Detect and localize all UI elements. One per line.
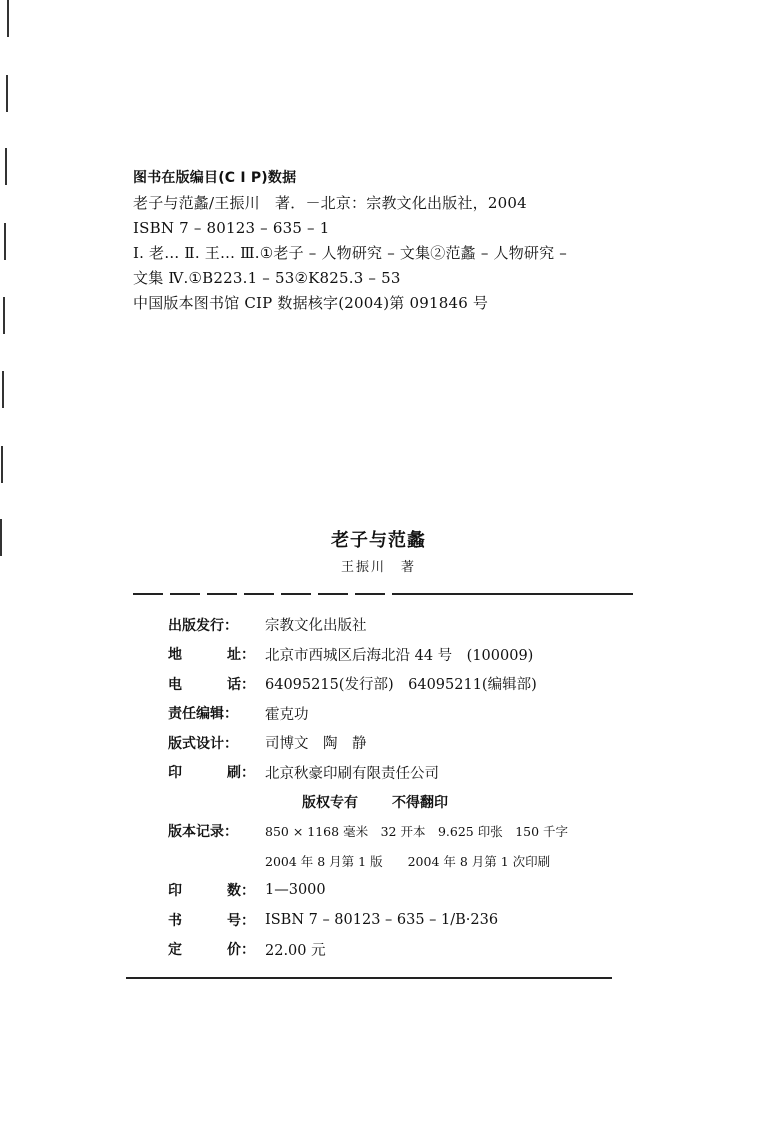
spec-row-isbn: 书号： ISBN 7 – 80123 – 635 – 1/B·236 [168, 905, 648, 935]
cip-line-classification: 文集 Ⅳ.①B223.1 – 53②K825.3 – 53 [133, 266, 663, 291]
spec-label-text: 号： [227, 910, 255, 930]
spec-label: 印刷： [168, 762, 265, 782]
divider-bottom [126, 977, 612, 979]
spec-label-text: 出版发行 [168, 615, 224, 635]
publication-specs: 出版发行： 宗教文化出版社 地址： 北京市西城区后海北沿 44 号 (10000… [168, 610, 648, 964]
copyright-notice: 版权专有 不得翻印 [168, 787, 648, 817]
spec-label-text: 责任编辑 [168, 703, 224, 723]
scan-edge-mark [3, 297, 5, 334]
spec-row-print-run: 印数： 1—3000 [168, 876, 648, 906]
cip-line-subjects: Ⅰ. 老… Ⅱ. 王… Ⅲ.①老子 – 人物研究 – 文集②范蠡 – 人物研究 … [133, 241, 663, 266]
scan-edge-mark [6, 75, 8, 112]
cip-data-block: 图书在版编目(C I P)数据 老子与范蠡/王振川 著．－北京：宗教文化出版社，… [133, 166, 663, 316]
spec-row-edition-dates: 2004 年 8 月第 1 版 2004 年 8 月第 1 次印刷 [168, 846, 648, 876]
spec-value-publisher: 宗教文化出版社 [265, 614, 648, 635]
spec-value-edition-dates: 2004 年 8 月第 1 版 2004 年 8 月第 1 次印刷 [265, 852, 648, 870]
cip-title: 图书在版编目(C I P)数据 [133, 166, 663, 191]
scan-edge-mark [2, 371, 4, 408]
spec-row-publisher: 出版发行： 宗教文化出版社 [168, 610, 648, 640]
spec-value-format: 850 × 1168 毫米 32 开本 9.625 印张 150 千字 [265, 822, 648, 840]
scan-edge-mark [5, 148, 7, 185]
spec-label: 出版发行： [168, 615, 265, 635]
scan-edge-mark [7, 0, 9, 37]
spec-label-text: 书 [168, 910, 182, 930]
spec-value-phone: 64095215(发行部) 64095211(编辑部) [265, 673, 648, 694]
cip-line-record-number: 中国版本图书馆 CIP 数据核字(2004)第 091846 号 [133, 291, 663, 316]
spec-value-address: 北京市西城区后海北沿 44 号 (100009) [265, 644, 648, 665]
spec-label: 责任编辑： [168, 703, 265, 723]
spec-row-address: 地址： 北京市西城区后海北沿 44 号 (100009) [168, 640, 648, 670]
spec-label: 电话： [168, 674, 265, 694]
spec-row-printer: 印刷： 北京秋豪印刷有限责任公司 [168, 758, 648, 788]
spec-label-text: 电 [168, 674, 182, 694]
spec-label-text: 印 [168, 762, 182, 782]
spec-label-text: 地 [168, 644, 182, 664]
spec-label-text: 话： [227, 674, 255, 694]
spec-label-text: 价： [227, 939, 255, 959]
scan-edge-mark [1, 446, 3, 483]
book-title: 老子与范蠡 [0, 526, 757, 552]
spec-label: 定价： [168, 939, 265, 959]
spec-label-text: 刷： [227, 762, 255, 782]
spec-label-colon: ： [224, 615, 238, 635]
spec-value-price: 22.00 元 [265, 939, 648, 960]
cip-line-title-author: 老子与范蠡/王振川 著．－北京：宗教文化出版社，2004 [133, 191, 663, 216]
spec-label: 地址： [168, 644, 265, 664]
spec-label-text: 址： [227, 644, 255, 664]
spec-label-text: 版式设计 [168, 733, 224, 753]
spec-value-printer: 北京秋豪印刷有限责任公司 [265, 762, 648, 783]
spec-row-price: 定价： 22.00 元 [168, 935, 648, 965]
spec-value-designer: 司博文 陶 静 [265, 732, 648, 753]
spec-row-phone: 电话： 64095215(发行部) 64095211(编辑部) [168, 669, 648, 699]
spec-label-text: 印 [168, 880, 182, 900]
spec-label-text: 版本记录 [168, 821, 224, 841]
spec-row-designer: 版式设计： 司博文 陶 静 [168, 728, 648, 758]
spec-label: 版式设计： [168, 733, 265, 753]
spec-value-print-run: 1—3000 [265, 882, 648, 898]
spec-row-edition: 版本记录： 850 × 1168 毫米 32 开本 9.625 印张 150 千… [168, 817, 648, 847]
copyright-left: 版权专有 [302, 792, 358, 812]
cip-line-isbn: ISBN 7 – 80123 – 635 – 1 [133, 216, 663, 241]
spec-value-editor: 霍克功 [265, 703, 648, 724]
scan-edge-mark [4, 223, 6, 260]
spec-value-isbn: ISBN 7 – 80123 – 635 – 1/B·236 [265, 912, 648, 928]
divider-top-solid [420, 593, 632, 595]
spec-label: 印数： [168, 880, 265, 900]
spec-label: 书号： [168, 910, 265, 930]
spec-row-editor: 责任编辑： 霍克功 [168, 699, 648, 729]
spec-label-colon: ： [224, 703, 238, 723]
spec-label-text: 数： [227, 880, 255, 900]
spec-label: 版本记录： [168, 821, 265, 841]
book-author: 王振川 著 [0, 556, 757, 575]
spec-label-colon: ： [224, 733, 238, 753]
spec-label-text: 定 [168, 939, 182, 959]
copyright-right: 不得翻印 [392, 792, 448, 812]
spec-label-colon: ： [224, 821, 238, 841]
